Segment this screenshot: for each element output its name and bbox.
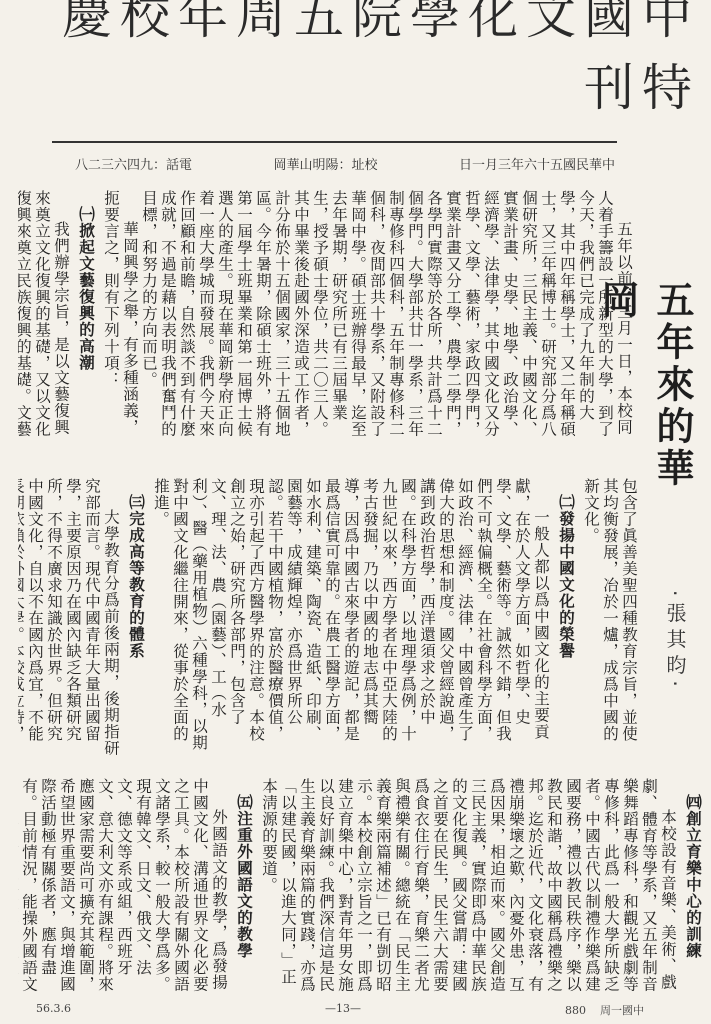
section-heading: ㈡發揚中國文化的榮譽	[556, 478, 575, 758]
masthead-divider	[52, 141, 617, 143]
article-section-band-1: 五年以前，三月一日，本校同人着手籌設一所新型的大學，到了今天，我們已完成了九年制…	[18, 190, 633, 445]
paragraph: 一般人都以爲中國文化的主要貢獻，在於人文學方面，如哲學、史學、文學、藝術等。誠然…	[151, 478, 550, 758]
paragraph: 大學教育分爲前後兩期，後期指研究部而言。現代中國青年大量出國留學，主要原因乃在國…	[18, 478, 120, 758]
paragraph: 外國語文的教學，爲發揚中國文化、溝通世界文化必要之工具。本校所設有關外國語文諸學…	[18, 778, 228, 998]
article-author: ‧張其昀‧	[660, 590, 690, 760]
section-heading: ㈠掀起文藝復興的高潮	[76, 190, 95, 445]
article-section-band-2: 包含了眞善美聖四種教育宗旨，並使其均衡發展，冶於一爐，成爲中國的新文化。 ㈡發揚…	[18, 478, 638, 758]
footer-date: 56.3.6	[36, 1002, 71, 1015]
paragraph: 華岡興學之舉，有多種涵義，扼要言之，則有下列十項：	[101, 190, 139, 445]
school-address: 校址：陽明山華岡	[274, 154, 378, 178]
paragraph: 五年以前，三月一日，本校同人着手籌設一所新型的大學，到了今天，我們已完成了九年制…	[139, 190, 633, 445]
issue-info: 880中國一周	[565, 1002, 644, 1018]
paragraph: 我們辦學宗旨，是以文藝復興來奠立文化復興的基礎，又以文化復興來奠立民族復興的基礎…	[18, 190, 70, 445]
publication-date: 中華民國五十六年三月一日	[459, 154, 615, 178]
masthead-title: 中國文化學院五周年校慶特刊	[20, 10, 700, 85]
article-section-band-3: ㈣創立育樂中心的訓練 本校設有音樂、美術、戲劇、體育等學系，又五年制音樂舞蹈專修…	[18, 778, 708, 998]
section-heading: ㈤注重外國語文的教學	[234, 778, 253, 998]
page-footer: 56.3.6 —13— 880中國一周	[0, 1000, 711, 1020]
publication-name: 中國一周	[600, 1002, 644, 1018]
page-number: —13—	[325, 1002, 361, 1015]
paragraph: 包含了眞善美聖四種教育宗旨，並使其均衡發展，冶於一爐，成爲中國的新文化。	[581, 478, 638, 758]
phone-number: 電話：九四六三二八	[75, 154, 192, 178]
publication-info-line: 中華民國五十六年三月一日 校址：陽明山華岡 電話：九四六三二八	[75, 154, 615, 178]
section-heading: ㈢完成高等教育的體系	[126, 478, 145, 758]
article-title: 五年來的華岡	[650, 280, 700, 510]
paragraph: 本校設有音樂、美術、戲劇、體育等學系，又五年制音樂舞蹈專修科，和觀光戲劇等專修科…	[259, 778, 677, 998]
issue-number: 880	[565, 1004, 586, 1017]
section-heading: ㈣創立育樂中心的訓練	[683, 778, 702, 998]
